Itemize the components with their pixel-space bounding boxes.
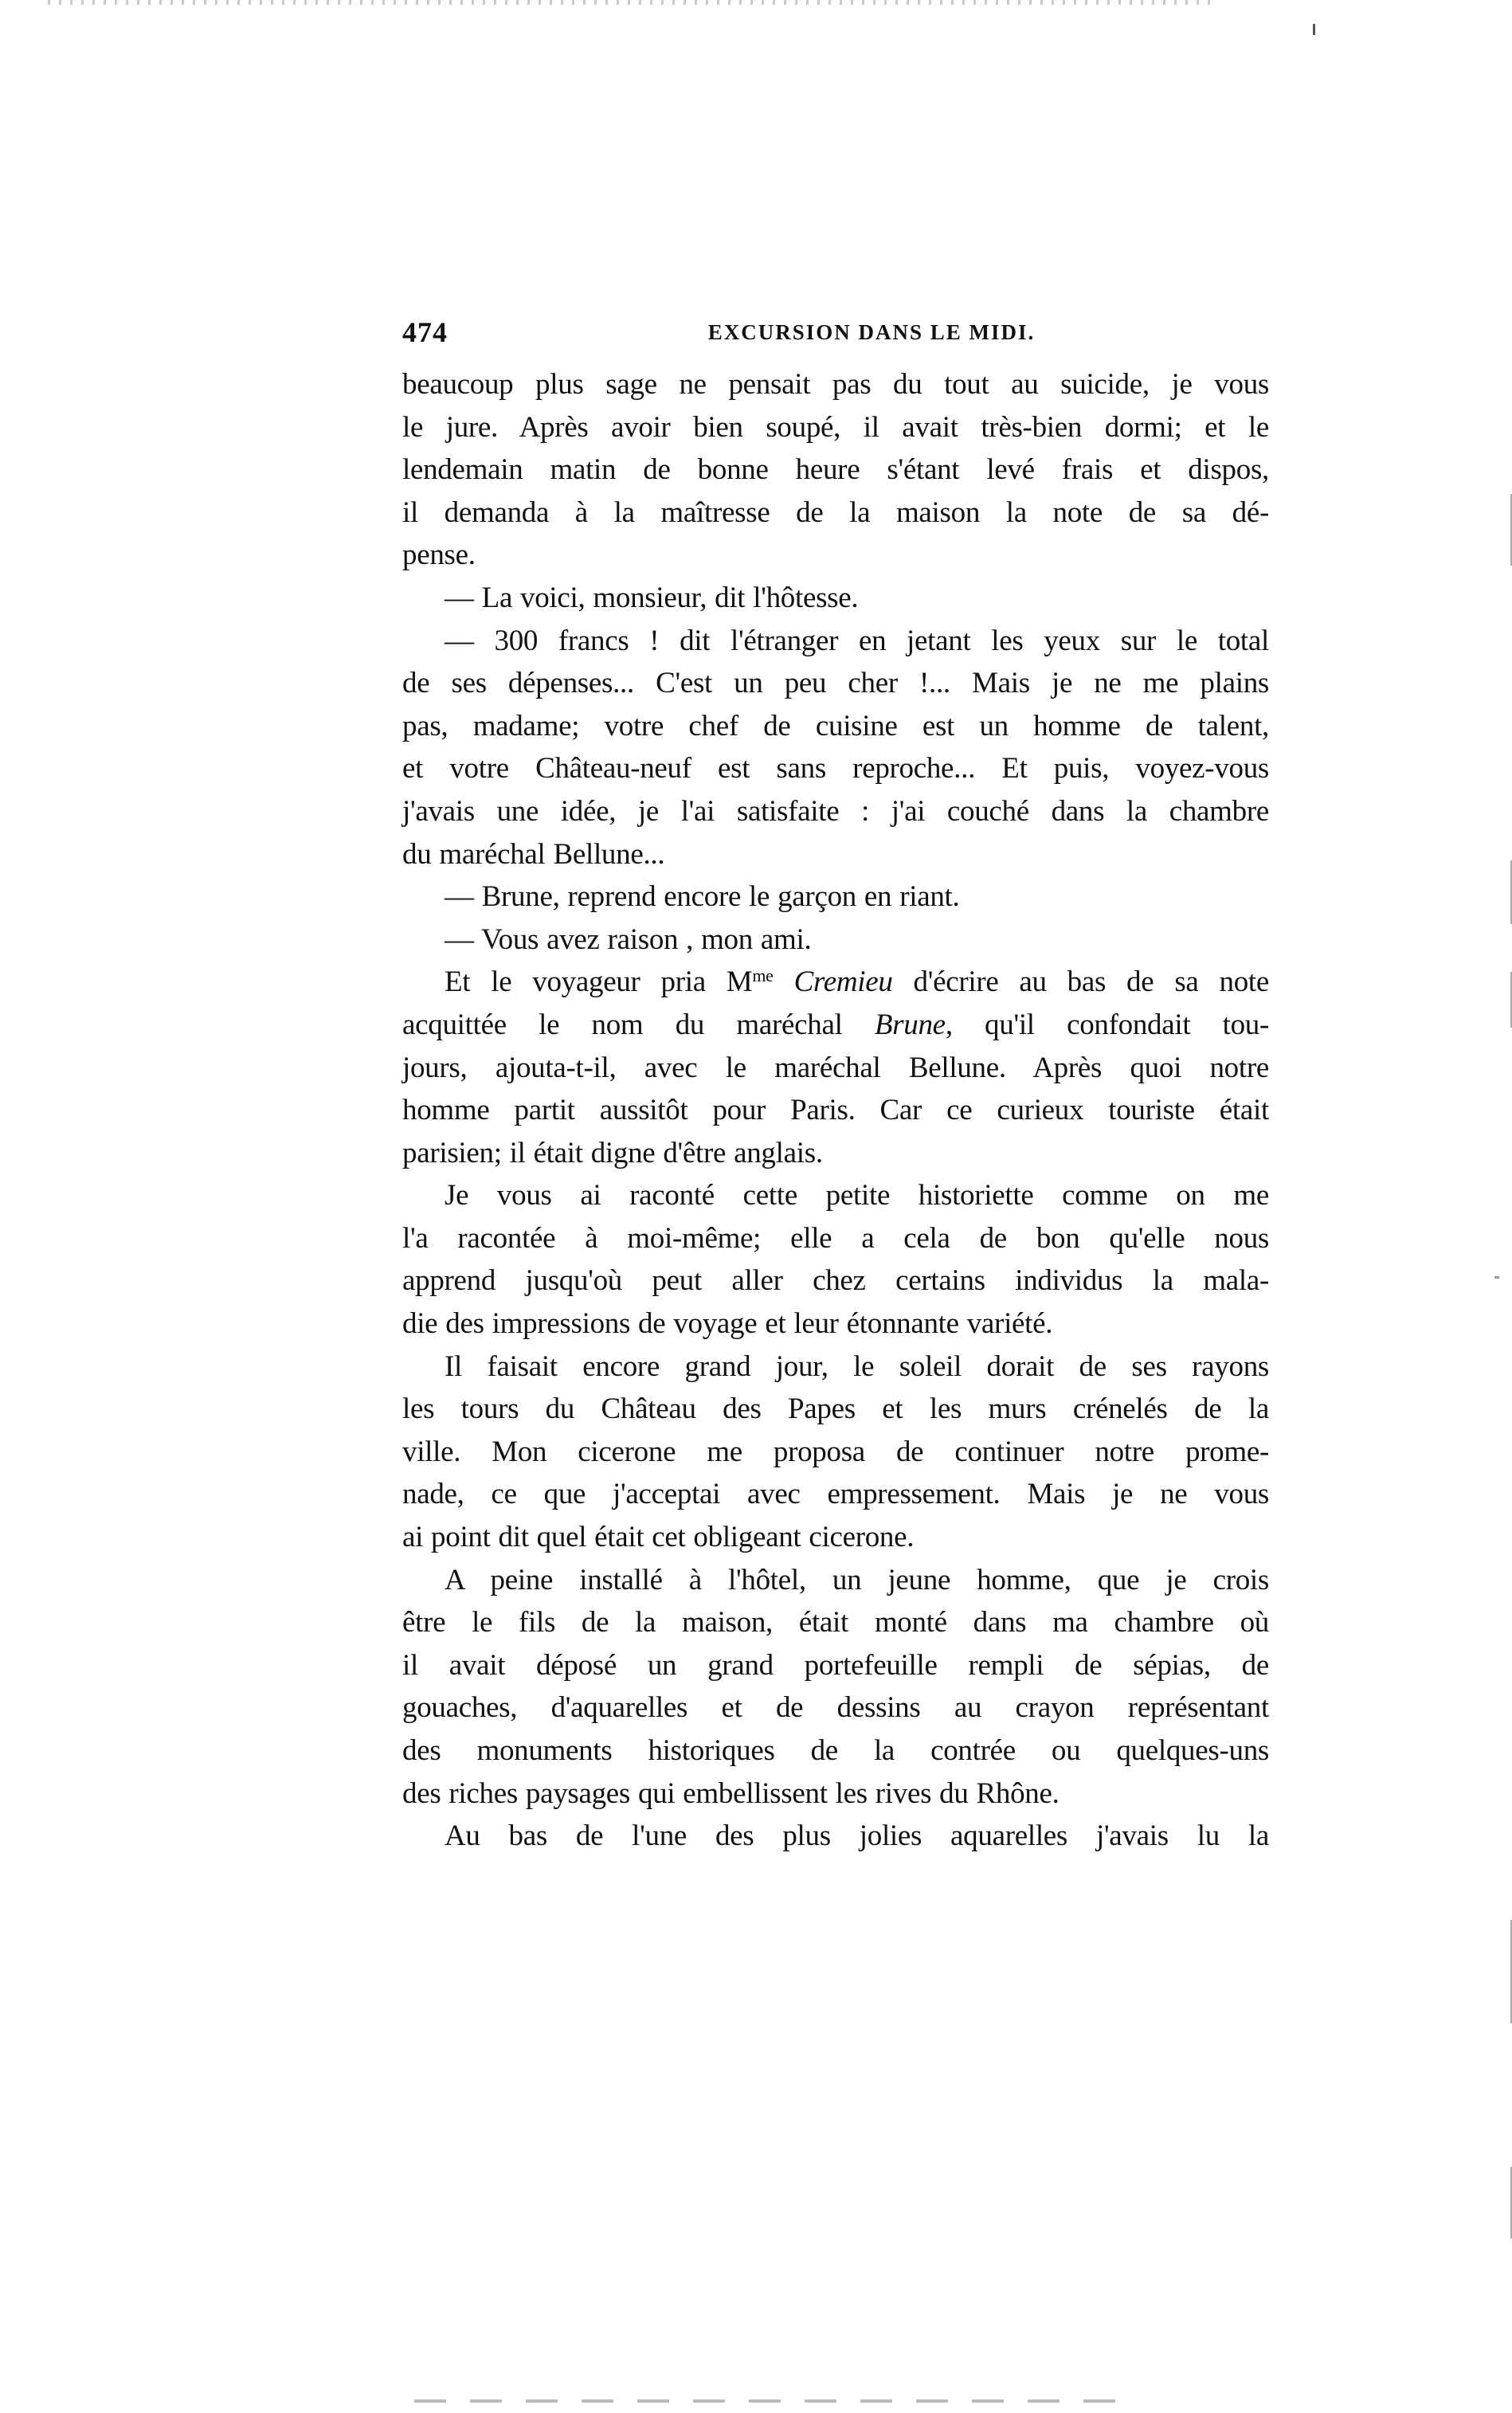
scan-artifact-top bbox=[48, 0, 1211, 5]
text-line: des riches paysages qui embellissent les… bbox=[402, 1773, 1269, 1816]
text-line: pas, madame; votre chef de cuisine est u… bbox=[402, 705, 1269, 748]
italic-name: Cremieu bbox=[794, 966, 893, 998]
text-line: des monuments historiques de la contrée … bbox=[402, 1729, 1269, 1773]
text-line: Je vous ai raconté cette petite historie… bbox=[402, 1174, 1269, 1217]
book-page: 474 EXCURSION DANS LE MIDI. beaucoup plu… bbox=[0, 0, 1512, 2413]
text-line: les tours du Château des Papes et les mu… bbox=[402, 1388, 1269, 1431]
text-line: du maréchal Bellune... bbox=[402, 833, 1269, 876]
text-line: il avait déposé un grand portefeuille re… bbox=[402, 1644, 1269, 1687]
text-line: A peine installé à l'hôtel, un jeune hom… bbox=[402, 1559, 1269, 1602]
text-line: apprend jusqu'où peut aller chez certain… bbox=[402, 1259, 1269, 1302]
italic-name: Brune bbox=[875, 1009, 946, 1041]
text-line: il demanda à la maîtresse de la maison l… bbox=[402, 492, 1269, 535]
text-line: jours, ajouta-t-il, avec le maréchal Bel… bbox=[402, 1047, 1269, 1090]
text-line: Au bas de l'une des plus jolies aquarell… bbox=[402, 1815, 1269, 1858]
text-line: parisien; il était digne d'être anglais. bbox=[402, 1132, 1269, 1175]
text-line: — La voici, monsieur, dit l'hôtesse. bbox=[402, 577, 1269, 620]
running-head: 474 EXCURSION DANS LE MIDI. bbox=[402, 315, 1269, 351]
text-line: Et le voyageur pria Mme Cremieu d'écrire… bbox=[402, 961, 1269, 1004]
text-line: homme partit aussitôt pour Paris. Car ce… bbox=[402, 1089, 1269, 1132]
superscript: me bbox=[752, 966, 773, 985]
scan-mark bbox=[1494, 1276, 1499, 1279]
text-line: j'avais une idée, je l'ai satisfaite : j… bbox=[402, 790, 1269, 833]
running-title: EXCURSION DANS LE MIDI. bbox=[402, 320, 1269, 345]
text-line: l'a racontée à moi-même; elle a cela de … bbox=[402, 1217, 1269, 1260]
text-line: être le fils de la maison, était monté d… bbox=[402, 1601, 1269, 1644]
text-line: acquittée le nom du maréchal Brune, qu'i… bbox=[402, 1004, 1269, 1047]
text-line: — Vous avez raison , mon ami. bbox=[402, 919, 1269, 962]
body-text: beaucoup plus sage ne pensait pas du tou… bbox=[402, 363, 1269, 1858]
text-line: die des impressions de voyage et leur ét… bbox=[402, 1302, 1269, 1346]
text-line: — 300 francs ! dit l'étranger en jetant … bbox=[402, 620, 1269, 663]
text-line: de ses dépenses... C'est un peu cher !..… bbox=[402, 662, 1269, 705]
text-line: beaucoup plus sage ne pensait pas du tou… bbox=[402, 363, 1269, 406]
text-line: et votre Château-neuf est sans reproche.… bbox=[402, 747, 1269, 790]
text-line: lendemain matin de bonne heure s'étant l… bbox=[402, 449, 1269, 492]
scan-mark bbox=[1313, 24, 1315, 35]
text-line: pense. bbox=[402, 534, 1269, 577]
scan-artifact-bottom bbox=[414, 2399, 1131, 2403]
text-line: ville. Mon cicerone me proposa de contin… bbox=[402, 1431, 1269, 1474]
text-line: — Brune, reprend encore le garçon en ria… bbox=[402, 875, 1269, 919]
text-line: nade, ce que j'acceptai avec empressemen… bbox=[402, 1473, 1269, 1516]
text-line: ai point dit quel était cet obligeant ci… bbox=[402, 1516, 1269, 1559]
text-line: Il faisait encore grand jour, le soleil … bbox=[402, 1346, 1269, 1389]
text-line: gouaches, d'aquarelles et de dessins au … bbox=[402, 1686, 1269, 1729]
text-line: le jure. Après avoir bien soupé, il avai… bbox=[402, 406, 1269, 449]
